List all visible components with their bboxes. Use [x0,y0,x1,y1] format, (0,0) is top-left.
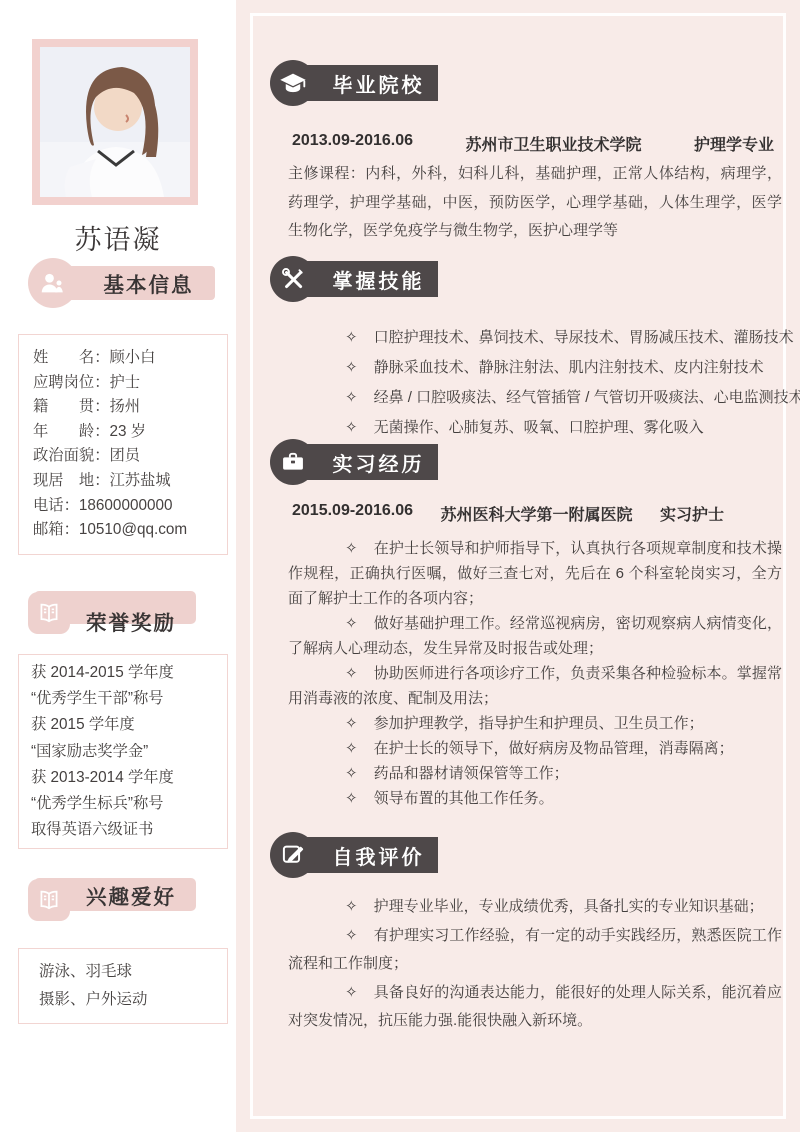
resume-page: 苏语凝 基本信息 姓 名：顾小白 应聘岗位：护士 籍 贯：扬州 年 龄：23 岁… [0,0,800,1132]
basic-info-header: 基本信息 [28,258,215,308]
internship-period: 2015.09-2016.06 [292,502,413,525]
info-row: 应聘岗位：护士 [33,371,221,396]
self-evaluation-list: ✧护理专业毕业，专业成绩优秀，具备扎实的专业知识基础； ✧有护理实习工作经验，有… [288,893,782,1036]
education-courses: 主修课程：内科，外科，妇科儿科，基础护理，正常人体结构，病理学，药理学，护理学基… [288,160,782,246]
self-evaluation-item: ✧护理专业毕业，专业成绩优秀，具备扎实的专业知识基础； [288,893,782,922]
self-evaluation-header: 自我评价 [270,832,440,878]
briefcase-icon [270,439,316,485]
internship-title: 实习经历 [333,448,425,477]
internship-item: ✧领导布置的其他工作任务。 [288,786,782,811]
internship-item: ✧做好基础护理工作。经常巡视病房，密切观察病人病情变化，了解病人心理动态，发生异… [288,611,782,661]
basic-info-title: 基本信息 [104,268,194,298]
honor-line: 取得英语六级证书 [31,817,221,843]
skill-item: ✧静脉采血技术、静脉注射法、肌内注射技术、皮内注射技术 [288,353,782,383]
info-row: 年 龄：23 岁 [33,420,221,445]
honor-line: 获 2013-2014 学年度 [31,765,221,791]
skill-item: ✧经鼻 / 口腔吸痰法、经气管插管 / 气管切开吸痰法、心电监测技术 [288,383,782,413]
diamond-bullet-icon: ✧ [345,419,358,436]
education-school: 苏州市卫生职业技术学院 [465,132,641,155]
honor-line: “国家励志奖学金” [31,739,221,765]
diamond-bullet-icon: ✧ [345,790,358,807]
basic-info-box: 姓 名：顾小白 应聘岗位：护士 籍 贯：扬州 年 龄：23 岁 政治面貌：团员 … [18,334,228,555]
education-header: 毕业院校 [270,60,440,106]
diamond-bullet-icon: ✧ [345,615,358,632]
diamond-bullet-icon: ✧ [345,665,358,682]
internship-item: ✧协助医师进行各项诊疗工作，负责采集各种检验标本。掌握常用消毒液的浓度、配制及用… [288,661,782,711]
graduation-cap-icon [270,60,316,106]
self-evaluation-item: ✧有护理实习工作经验，有一定的动手实践经历，熟悉医院工作流程和工作制度； [288,922,782,979]
honor-line: “优秀学生干部”称号 [31,686,221,712]
hobbies-box: 游泳、羽毛球 摄影、户外运动 [18,948,228,1024]
diamond-bullet-icon: ✧ [345,359,358,376]
skill-item: ✧口腔护理技术、鼻饲技术、导尿技术、胃肠减压技术、灌肠技术 [288,323,782,353]
internship-organization: 苏州医科大学第一附属医院 [440,502,632,525]
honors-header: 荣誉奖励 [28,591,196,637]
hobby-line: 摄影、户外运动 [39,986,221,1014]
candidate-name: 苏语凝 [0,218,236,257]
diamond-bullet-icon: ✧ [345,389,358,406]
diamond-bullet-icon: ✧ [345,765,358,782]
internship-item: ✧药品和器材请领保管等工作； [288,761,782,786]
internship-item: ✧在护士长领导和护师指导下，认真执行各项规章制度和技术操作规程，正确执行医嘱，做… [288,536,782,611]
sidebar: 苏语凝 基本信息 姓 名：顾小白 应聘岗位：护士 籍 贯：扬州 年 龄：23 岁… [0,0,236,1132]
diamond-bullet-icon: ✧ [345,329,358,346]
honor-line: 获 2015 学年度 [31,712,221,738]
internship-header: 实习经历 [270,439,440,485]
internship-item: ✧在护士长的领导下，做好病房及物品管理，消毒隔离； [288,736,782,761]
honors-title: 荣誉奖励 [86,606,176,636]
diamond-bullet-icon: ✧ [345,715,358,732]
person-icon [28,258,78,308]
info-row: 邮箱：10510@qq.com [33,518,221,543]
hobby-line: 游泳、羽毛球 [39,958,221,986]
honor-line: 获 2014-2015 学年度 [31,660,221,686]
profile-photo-frame [32,39,198,205]
honor-line: “优秀学生标兵”称号 [31,791,221,817]
internship-item: ✧参加护理教学，指导护生和护理员、卫生员工作； [288,711,782,736]
info-row: 电话：18600000000 [33,494,221,519]
info-row: 姓 名：顾小白 [33,346,221,371]
self-evaluation-title: 自我评价 [333,841,425,870]
info-row: 政治面貌：团员 [33,444,221,469]
education-title: 毕业院校 [333,69,425,98]
honors-box: 获 2014-2015 学年度 “优秀学生干部”称号 获 2015 学年度 “国… [18,654,228,849]
diamond-bullet-icon: ✧ [345,740,358,757]
skills-list: ✧口腔护理技术、鼻饲技术、导尿技术、胃肠减压技术、灌肠技术 ✧静脉采血技术、静脉… [288,323,782,443]
book-icon [28,592,70,634]
skills-title: 掌握技能 [333,265,425,294]
hobbies-title: 兴趣爱好 [86,880,176,910]
education-summary: 2013.09-2016.06 苏州市卫生职业技术学院 护理学专业 [292,132,774,155]
info-row: 籍 贯：扬州 [33,395,221,420]
book-icon [28,879,70,921]
diamond-bullet-icon: ✧ [345,540,358,557]
tools-icon [270,256,316,302]
skills-header: 掌握技能 [270,256,440,302]
education-period: 2013.09-2016.06 [292,132,413,155]
pen-icon [270,832,316,878]
self-evaluation-item: ✧具备良好的沟通表达能力，能很好的处理人际关系，能沉着应对突发情况，抗压能力强.… [288,979,782,1036]
hobbies-header: 兴趣爱好 [28,878,196,924]
internship-role: 实习护士 [660,502,724,525]
internship-summary: 2015.09-2016.06 苏州医科大学第一附属医院 实习护士 [292,502,724,525]
profile-photo [40,47,190,197]
diamond-bullet-icon: ✧ [345,927,358,944]
education-major: 护理学专业 [694,132,774,155]
diamond-bullet-icon: ✧ [345,898,358,915]
internship-list: ✧在护士长领导和护师指导下，认真执行各项规章制度和技术操作规程，正确执行医嘱，做… [288,536,782,811]
main-panel: 毕业院校 2013.09-2016.06 苏州市卫生职业技术学院 护理学专业 主… [236,0,800,1132]
diamond-bullet-icon: ✧ [345,984,358,1001]
info-row: 现居 地：江苏盐城 [33,469,221,494]
